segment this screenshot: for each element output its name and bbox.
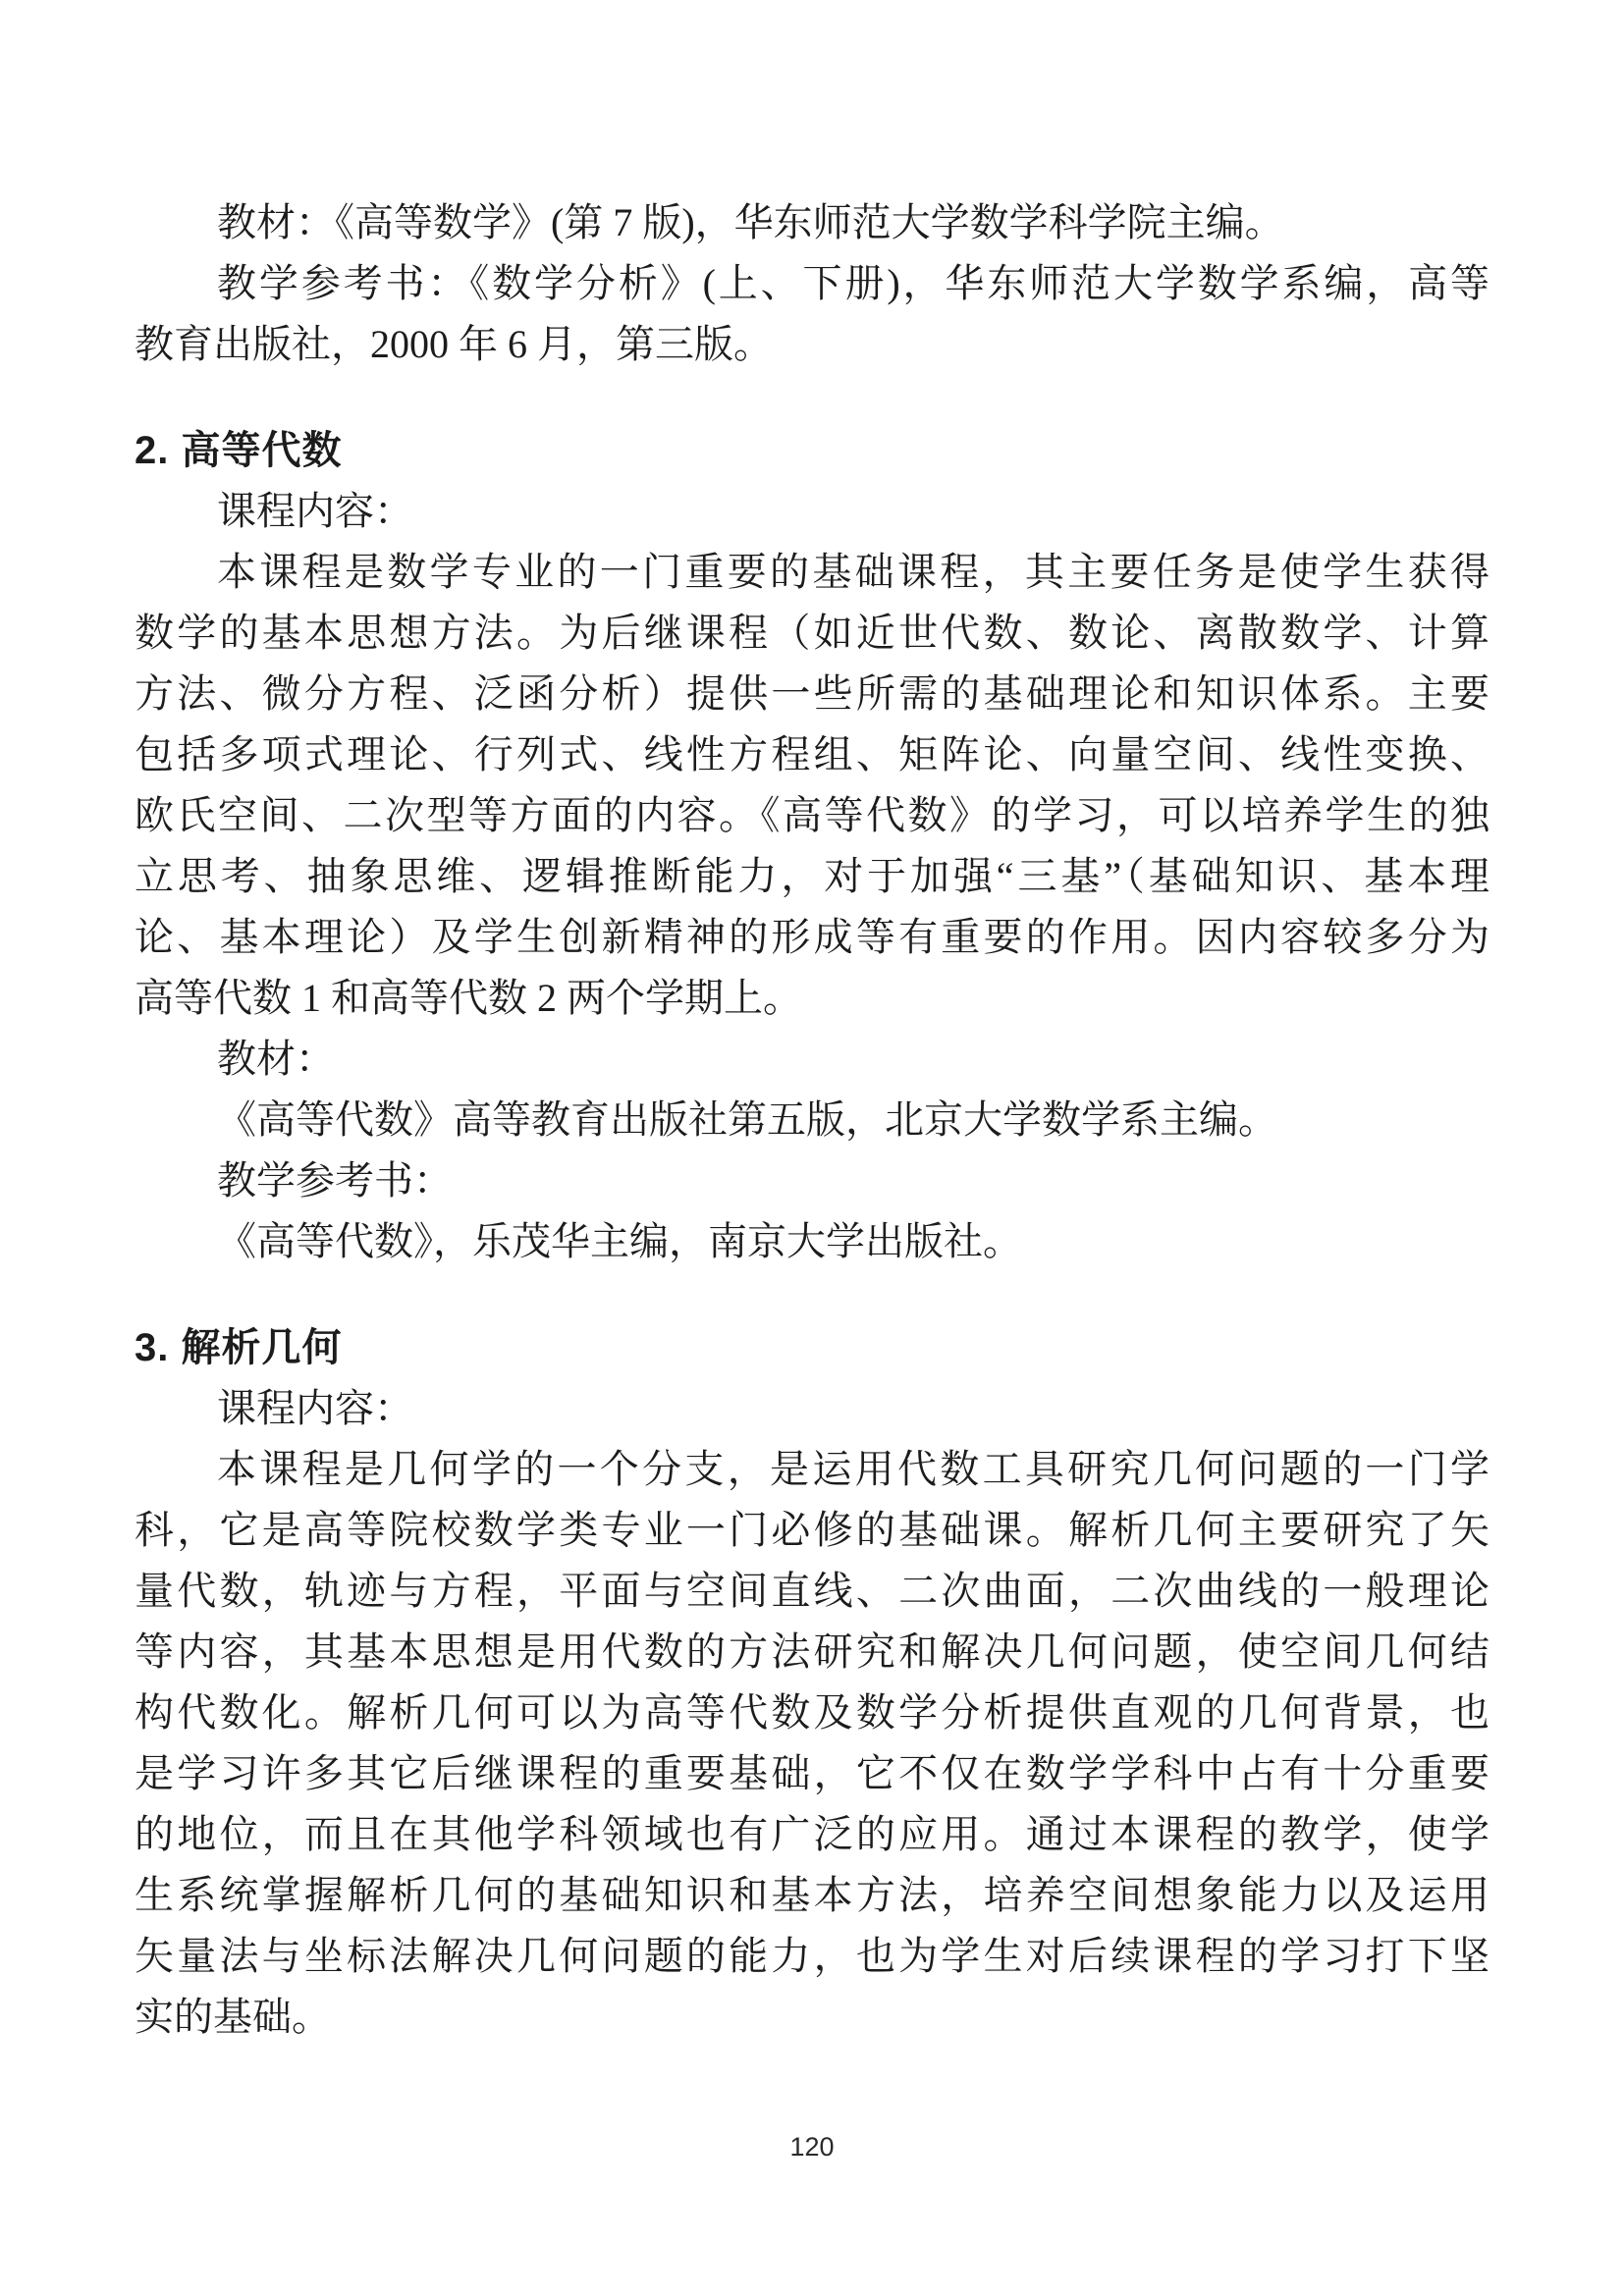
section-heading: 3. 解析几何	[135, 1317, 1489, 1378]
text-line: 实的基础。	[135, 1987, 1489, 2048]
document-body: 教材：《高等数学》(第 7 版)，华东师范大学数学科学院主编。教学参考书：《数学…	[135, 192, 1489, 2048]
text-line: 教学参考书：	[135, 1150, 1489, 1211]
text-line: 方法、微分方程、泛函分析）提供一些所需的基础理论和知识体系。主要	[135, 664, 1489, 724]
paragraph: 教材：	[135, 1029, 1489, 1090]
text-line: 科，它是高等院校数学类专业一门必修的基础课。解析几何主要研究了矢	[135, 1500, 1489, 1561]
paragraph: 《高等代数》，乐茂华主编，南京大学出版社。	[135, 1211, 1489, 1272]
text-line: 本课程是数学专业的一门重要的基础课程，其主要任务是使学生获得	[135, 542, 1489, 603]
text-line: 教学参考书：《数学分析》(上、下册)，华东师范大学数学系编，高等	[135, 253, 1489, 314]
paragraph: 教学参考书：《数学分析》(上、下册)，华东师范大学数学系编，高等教育出版社，20…	[135, 253, 1489, 375]
paragraph: 本课程是数学专业的一门重要的基础课程，其主要任务是使学生获得数学的基本思想方法。…	[135, 542, 1489, 1029]
text-line: 是学习许多其它后继课程的重要基础，它不仅在数学学科中占有十分重要	[135, 1743, 1489, 1804]
text-line: 生系统掌握解析几何的基础知识和基本方法，培养空间想象能力以及运用	[135, 1865, 1489, 1926]
text-line: 欧氏空间、二次型等方面的内容。《高等代数》的学习，可以培养学生的独	[135, 785, 1489, 846]
paragraph: 课程内容：	[135, 1378, 1489, 1439]
paragraph: 本课程是几何学的一个分支，是运用代数工具研究几何问题的一门学科，它是高等院校数学…	[135, 1439, 1489, 2048]
paragraph: 教材：《高等数学》(第 7 版)，华东师范大学数学科学院主编。	[135, 192, 1489, 253]
page-number: 120	[0, 2132, 1624, 2163]
text-line: 《高等代数》高等教育出版社第五版，北京大学数学系主编。	[135, 1090, 1489, 1150]
text-line: 高等代数 1 和高等代数 2 两个学期上。	[135, 968, 1489, 1029]
document-page: 教材：《高等数学》(第 7 版)，华东师范大学数学科学院主编。教学参考书：《数学…	[0, 0, 1624, 2296]
paragraph: 《高等代数》高等教育出版社第五版，北京大学数学系主编。	[135, 1090, 1489, 1150]
text-line: 教材：	[135, 1029, 1489, 1090]
text-line: 构代数化。解析几何可以为高等代数及数学分析提供直观的几何背景，也	[135, 1682, 1489, 1743]
paragraph: 教学参考书：	[135, 1150, 1489, 1211]
text-line: 立思考、抽象思维、逻辑推断能力，对于加强“三基”（基础知识、基本理	[135, 846, 1489, 907]
text-line: 论、基本理论）及学生创新精神的形成等有重要的作用。因内容较多分为	[135, 907, 1489, 968]
text-line: 的地位，而且在其他学科领域也有广泛的应用。通过本课程的教学，使学	[135, 1804, 1489, 1865]
text-line: 《高等代数》，乐茂华主编，南京大学出版社。	[135, 1211, 1489, 1272]
text-line: 矢量法与坐标法解决几何问题的能力，也为学生对后续课程的学习打下坚	[135, 1926, 1489, 1987]
course-section: 2. 高等代数课程内容：本课程是数学专业的一门重要的基础课程，其主要任务是使学生…	[135, 420, 1489, 1272]
text-line: 课程内容：	[135, 481, 1489, 542]
text-line: 包括多项式理论、行列式、线性方程组、矩阵论、向量空间、线性变换、	[135, 724, 1489, 785]
text-line: 量代数，轨迹与方程，平面与空间直线、二次曲面，二次曲线的一般理论	[135, 1561, 1489, 1622]
text-line: 教育出版社，2000 年 6 月，第三版。	[135, 314, 1489, 375]
text-line: 数学的基本思想方法。为后继课程（如近世代数、数论、离散数学、计算	[135, 603, 1489, 664]
section-heading: 2. 高等代数	[135, 420, 1489, 481]
paragraph: 课程内容：	[135, 481, 1489, 542]
text-line: 教材：《高等数学》(第 7 版)，华东师范大学数学科学院主编。	[135, 192, 1489, 253]
text-line: 等内容，其基本思想是用代数的方法研究和解决几何问题，使空间几何结	[135, 1622, 1489, 1682]
text-line: 本课程是几何学的一个分支，是运用代数工具研究几何问题的一门学	[135, 1439, 1489, 1500]
text-line: 课程内容：	[135, 1378, 1489, 1439]
course-section: 3. 解析几何课程内容：本课程是几何学的一个分支，是运用代数工具研究几何问题的一…	[135, 1317, 1489, 2048]
